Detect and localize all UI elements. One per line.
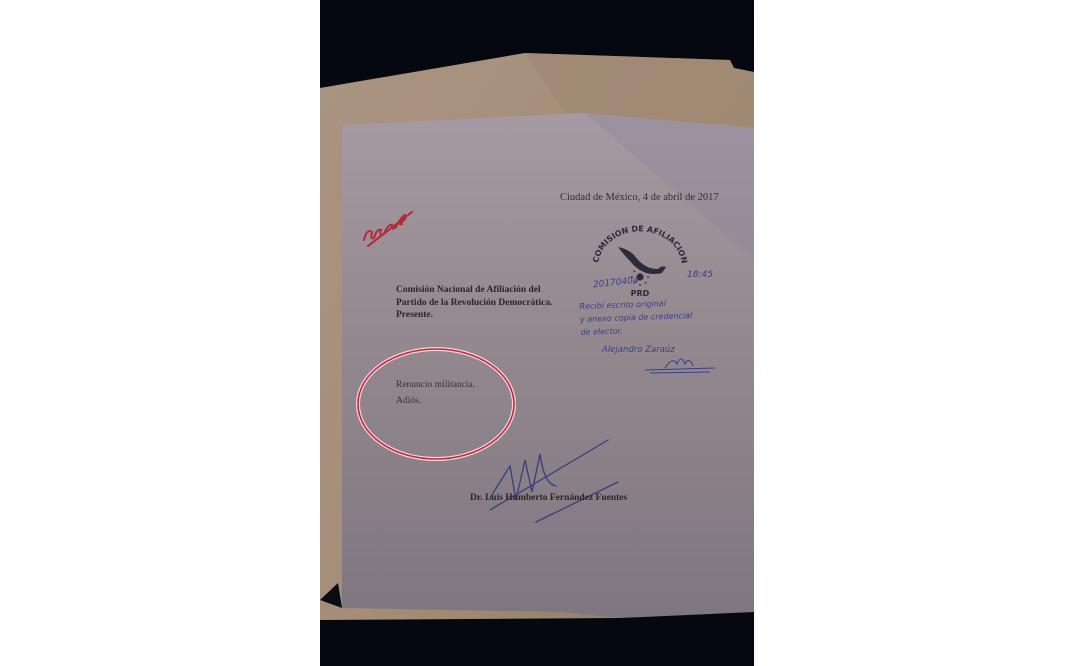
- stamp-arc-text: COMISION DE AFILIACION: [591, 225, 689, 264]
- letter-body: Renuncio militancia. Adiós.: [396, 377, 475, 409]
- recipient-line: Presente.: [396, 309, 552, 322]
- recipient-line: Partido de la Revolución Democrática.: [396, 297, 552, 310]
- mexico-map-icon: [618, 247, 666, 274]
- received-time: 18:45: [687, 270, 713, 280]
- receiver-signature-icon: [645, 359, 715, 373]
- signer-name: Dr. Luis Humberto Fernández Fuentes: [470, 493, 627, 503]
- recipient-line: Comisión Nacional de Afiliación del: [396, 284, 552, 297]
- initials-scribble-icon: [364, 212, 412, 246]
- body-line: Adiós.: [396, 393, 475, 409]
- letter-date: Ciudad de México, 4 de abril de 2017: [560, 192, 719, 203]
- signature-icon: [490, 440, 618, 522]
- received-note: Recibí escrito original y anexo copia de…: [579, 296, 693, 339]
- letter-recipient: Comisión Nacional de Afiliación del Part…: [396, 284, 552, 322]
- receiver-name: Alejandro Zaraúz: [602, 345, 675, 355]
- body-line: Renuncio militancia.: [396, 377, 475, 393]
- document-photo: Ciudad de México, 4 de abril de 2017 Com…: [320, 0, 754, 666]
